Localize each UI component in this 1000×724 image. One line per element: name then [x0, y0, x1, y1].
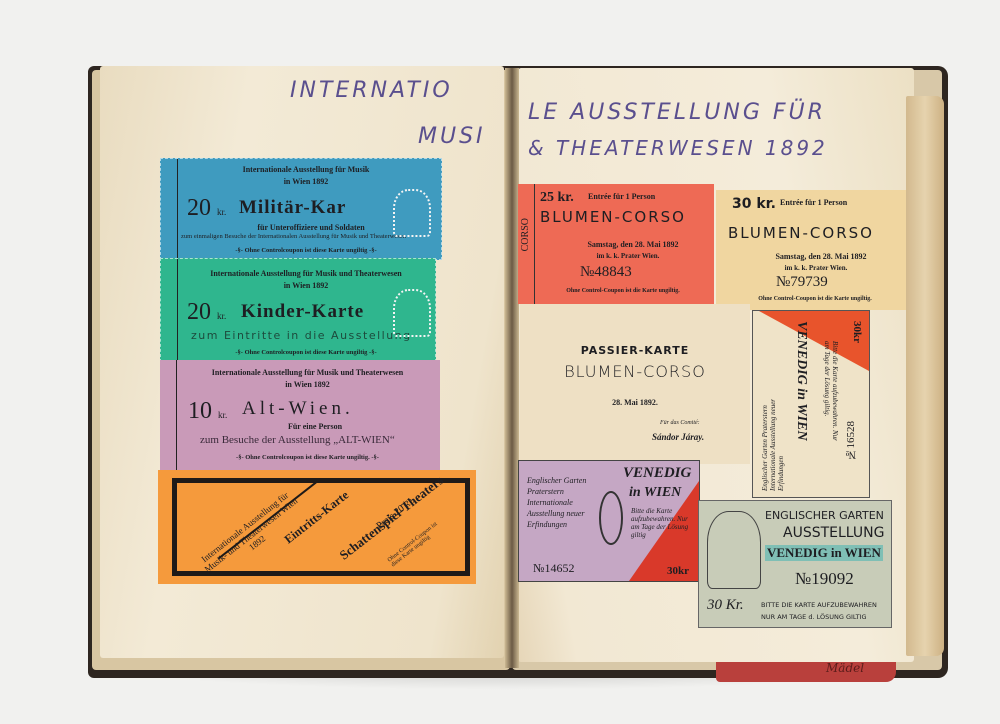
ticket-footer: Ohne Control-Coupon ist die Karte ungilt…	[538, 288, 708, 294]
ticket-side-strip	[160, 360, 177, 470]
ticket-footer: Ohne Control-Coupon ist die Karte ungilt…	[730, 296, 900, 302]
ticket-title: Militär-Kar	[239, 197, 346, 219]
lyre-perforation-icon	[393, 189, 431, 237]
ticket-header: Internationale Ausstellung für Musik und…	[180, 368, 435, 377]
ticket-alt-wien: Internationale Ausstellung für Musik und…	[160, 360, 440, 470]
ticket-header: Internationale Ausstellung für Musik	[181, 165, 431, 174]
ticket-subtitle: Für eine Person	[230, 422, 400, 431]
ticket-price: 30kr	[851, 321, 863, 343]
ticket-price: 25 kr.	[540, 190, 574, 206]
ticket-number: №79739	[776, 274, 828, 291]
ticket-footer: -§- Ohne Controlcoupon ist diese Karte u…	[181, 247, 431, 254]
ticket-militaer-karte: Internationale Ausstellung für Musik in …	[160, 158, 442, 260]
ticket-line: zum Eintritte in die Ausstellung	[191, 329, 412, 342]
ticket-place: in Wien 1892	[181, 177, 431, 186]
ticket-venedig-14652: Englischer Garten Praterstern Internatio…	[518, 460, 700, 582]
ticket-price: 10	[188, 398, 212, 425]
ticket-line3: VENEDIG in WIEN	[765, 545, 883, 561]
ticket-title: PASSIER-KARTE	[520, 344, 750, 357]
ticket-event: BLUMEN-CORSO	[520, 362, 750, 381]
red-tab-text: Mädel	[826, 661, 864, 675]
ticket-blumen-corso-25: CORSO 25 kr. Entrée für 1 Person BLUMEN-…	[518, 184, 714, 304]
ticket-footer: -§- Ohne Controlcoupon ist diese Karte u…	[180, 454, 435, 461]
ticket-subtitle: für Unteroffiziere und Soldaten	[231, 223, 391, 232]
ticket-blumen-corso-30: 30 kr. Entrée für 1 Person BLUMEN-CORSO …	[716, 190, 906, 310]
ticket-price: 30 kr.	[732, 196, 776, 212]
ticket-side-text: CORSO	[520, 218, 531, 251]
ticket-line1: ENGLISCHER GARTEN	[765, 509, 884, 522]
ticket-venedig-19092: ENGLISCHER GARTEN AUSSTELLUNG VENEDIG in…	[698, 500, 892, 628]
handwriting-line1-right: LE AUSSTELLUNG FÜR	[528, 100, 826, 125]
book-gutter	[505, 68, 519, 668]
ticket-price: 30 Kr.	[707, 597, 744, 614]
ticket-place: in Wien 1892	[180, 380, 435, 389]
ticket-side-strip	[161, 159, 178, 259]
ticket-unit: kr.	[217, 207, 226, 217]
ticket-number: №48843	[580, 264, 632, 281]
ticket-number: №19092	[795, 569, 854, 589]
ticket-title-2: in WIEN	[629, 485, 681, 501]
ticket-entry: Entrée für 1 Person	[588, 192, 655, 201]
ticket-line: zum Besuche der Ausstellung „ALT-WIEN“	[200, 434, 395, 446]
ticket-price: 20	[187, 299, 211, 326]
ticket-title: BLUMEN-CORSO	[728, 224, 874, 242]
ticket-date: Samstag, den 28. Mai 1892	[558, 240, 708, 249]
ticket-title: BLUMEN-CORSO	[540, 208, 686, 226]
ferris-wheel-icon	[599, 491, 623, 545]
ticket-price: 20	[187, 195, 211, 222]
handwriting-line2-right: & THEATERWESEN 1892	[528, 136, 828, 160]
ticket-date: Samstag, den 28. Mai 1892	[746, 252, 896, 261]
ticket-unit: kr.	[218, 410, 227, 420]
ticket-footer2: NUR AM TAGE d. LÖSUNG GILTIG	[761, 613, 867, 621]
ticket-footer: -§- Ohne Controlcoupon ist diese Karte u…	[181, 349, 431, 356]
ticket-kinder-karte: Internationale Ausstellung für Musik und…	[160, 258, 436, 362]
ticket-header: Internationale Ausstellung für Musik und…	[181, 269, 431, 278]
ticket-title: VENEDIG	[623, 465, 691, 482]
ticket-side-strip	[161, 259, 178, 361]
ticket-date: 28. Mai 1892.	[520, 398, 750, 407]
ticket-left-text: Englischer Garten Praterstern Internatio…	[527, 475, 597, 530]
ticket-place: im k. k. Prater Wien.	[746, 264, 886, 272]
lyre-perforation-icon	[393, 289, 431, 337]
ticket-footer1: BITTE DIE KARTE AUFZUBEWAHREN	[761, 601, 877, 609]
ticket-entry: Entrée für 1 Person	[780, 198, 847, 207]
ticket-title: VENEDIG in WIEN	[793, 321, 809, 441]
folded-page-flap	[906, 96, 944, 656]
ticket-unit: kr.	[217, 311, 226, 321]
ticket-place: im k. k. Prater Wien.	[558, 252, 698, 260]
ticket-number: №16528	[845, 421, 857, 461]
ticket-venedig-16528: VENEDIG in WIEN Englischer Garten Prater…	[752, 310, 870, 498]
ticket-right-text: Bitte die Karte aufzubewahren. Nur am Ta…	[631, 507, 697, 539]
ticket-title: Kinder-Karte	[241, 301, 364, 323]
ticket-signature: Sándor Járay.	[652, 432, 704, 442]
ticket-price: 30kr	[667, 565, 689, 577]
ticket-committee: Für das Comité:	[660, 420, 700, 426]
ticket-title: Alt-Wien.	[242, 398, 354, 420]
ticket-left-text: Englischer Garten Praterstern Internatio…	[761, 381, 785, 491]
ticket-right-text: Bitte die Karte aufzubewahren. Nur am Ta…	[823, 341, 839, 441]
lion-illustration-icon	[707, 511, 761, 589]
ticket-schattenspiel-theater: Internationale Ausstellung für Musik- un…	[158, 470, 476, 584]
ticket-place: in Wien 1892	[181, 281, 431, 290]
ticket-passier-karte: PASSIER-KARTE BLUMEN-CORSO 28. Mai 1892.…	[520, 304, 750, 464]
ticket-line2: AUSSTELLUNG	[783, 525, 884, 541]
handwriting-line2-left: MUSI	[418, 124, 486, 149]
handwriting-line1-left: INTERNATIO	[290, 78, 453, 103]
ticket-number: №14652	[533, 561, 574, 576]
